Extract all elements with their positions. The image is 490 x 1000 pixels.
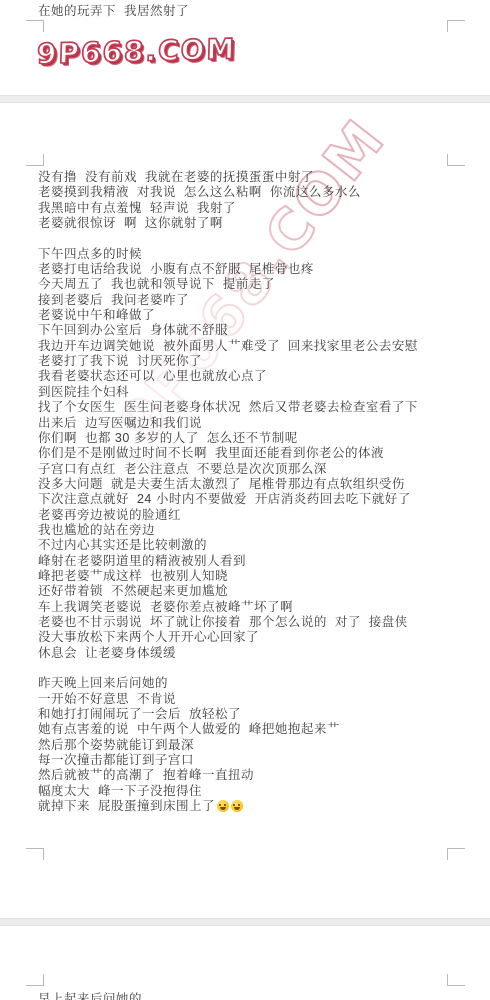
text-line: 和她打打闹闹玩了一会后 放轻松了	[38, 707, 418, 722]
text-line: 峰把老婆艹成这样 也被别人知晓	[38, 569, 418, 584]
text-line: 我看老婆状态还可以 心里也就放心点了	[38, 369, 418, 384]
text-line: 我边开车边调笑她说 被外面男人艹难受了 回来找家里老公去安慰	[38, 339, 418, 354]
page-top-right-cropmark	[447, 154, 465, 166]
text-line: 幅度太大 峰一下子没抱得住	[38, 784, 418, 799]
text-line: 她有点害羞的说 中午两个人做爱的 峰把她抱起来艹	[38, 722, 418, 737]
text-line: 然后就被艹的高潮了 抱着峰一直扭动	[38, 768, 418, 783]
page-top-left-cropmark	[26, 154, 44, 166]
text-line: 没有撸 没有前戏 我就在老婆的抚摸蛋蛋中射了	[38, 170, 418, 185]
text-line: 昨天晚上回来后问她的	[38, 676, 418, 691]
site-logo-watermark: 9P668.COM	[37, 32, 237, 70]
text-line: 你们是不是刚做过时间不长啊 我里面还能看到你老公的体液	[38, 446, 418, 461]
page-bottom-left-cropmark	[26, 848, 44, 860]
text-line: 休息会 让老婆身体缓缓	[38, 646, 418, 661]
text-line	[38, 661, 418, 676]
laughing-emoji-icon	[231, 800, 243, 812]
previous-page-last-line: 在她的玩弄下 我居然射了	[38, 4, 189, 19]
text-line: 一开始不好意思 不肯说	[38, 692, 418, 707]
text-line: 你们啊 也都 30 多岁的人了 怎么还不节制呢	[38, 431, 418, 446]
text-line: 今天周五了 我也就和领导说下 提前走了	[38, 277, 418, 292]
text-line	[38, 231, 418, 246]
text-line: 下午回到办公室后 身体就不舒服	[38, 323, 418, 338]
page-gap-divider	[0, 95, 490, 103]
text-line: 我也尴尬的站在旁边	[38, 523, 418, 538]
text-line: 然后那个姿势就能订到最深	[38, 738, 418, 753]
text-line: 老婆就很惊讶 啊 这你就射了啊	[38, 216, 418, 231]
text-line: 没大事放松下来两个人开开心心回家了	[38, 630, 418, 645]
document-page: { "site": { "logo_text": "9P668.COM", "a…	[0, 0, 490, 1000]
text-line: 出来后 边写医嘱边和我们说	[38, 416, 418, 431]
text-line: 老婆打了我下说 讨厌死你了	[38, 354, 418, 369]
text-line: 还好带着锁 不然硬起来更加尴尬	[38, 584, 418, 599]
text-line: 老婆也不甘示弱说 坏了就让你接着 那个怎么说的 对了 接盘侠	[38, 615, 418, 630]
text-line: 到医院挂个妇科	[38, 385, 418, 400]
page-bottom-right-cropmark	[447, 20, 465, 32]
next-page-first-line-clipped: 早上起来后问她的	[38, 992, 142, 1000]
text-line: 老婆打电话给我说 小腹有点不舒服 尾椎骨也疼	[38, 262, 418, 277]
text-line: 就掉下来 屁股蛋撞到床围上了	[38, 799, 418, 814]
laughing-emoji-icon	[217, 800, 229, 812]
text-line: 老婆说中午和峰做了	[38, 308, 418, 323]
text-line: 没多大问题 就是夫妻生活太激烈了 尾椎骨那边有点软组织受伤	[38, 477, 418, 492]
text-line: 找了个女医生 医生问老婆身体状况 然后又带老婆去检查室看了下	[38, 400, 418, 415]
page-top-left-cropmark	[26, 974, 44, 986]
text-line: 我黑暗中有点羞愧 轻声说 我射了	[38, 201, 418, 216]
text-line: 不过内心其实还是比较刺激的	[38, 538, 418, 553]
text-line: 下次注意点就好 24 小时内不要做爱 开店消炎药回去吃下就好了	[38, 492, 418, 507]
text-line: 老婆再旁边被说的脸通红	[38, 508, 418, 523]
text-line: 子宫口有点红 老公注意点 不要总是次次顶那么深	[38, 462, 418, 477]
page-bottom-right-cropmark	[447, 848, 465, 860]
story-text-block: 没有撸 没有前戏 我就在老婆的抚摸蛋蛋中射了老婆摸到我精液 对我说 怎么这么粘啊…	[38, 170, 418, 814]
text-line: 接到老婆后 我问老婆咋了	[38, 293, 418, 308]
text-line: 每一次撞击都能订到子宫口	[38, 753, 418, 768]
text-line: 下午四点多的时候	[38, 247, 418, 262]
text-line: 车上我调笑老婆说 老婆你差点被峰艹坏了啊	[38, 600, 418, 615]
text-line: 老婆摸到我精液 对我说 怎么这么粘啊 你流这么多水么	[38, 185, 418, 200]
text-line: 峰射在老婆阴道里的精液被别人看到	[38, 554, 418, 569]
page-gap-divider	[0, 918, 490, 926]
page-bottom-left-cropmark	[26, 20, 44, 32]
page-top-right-cropmark	[447, 974, 465, 986]
